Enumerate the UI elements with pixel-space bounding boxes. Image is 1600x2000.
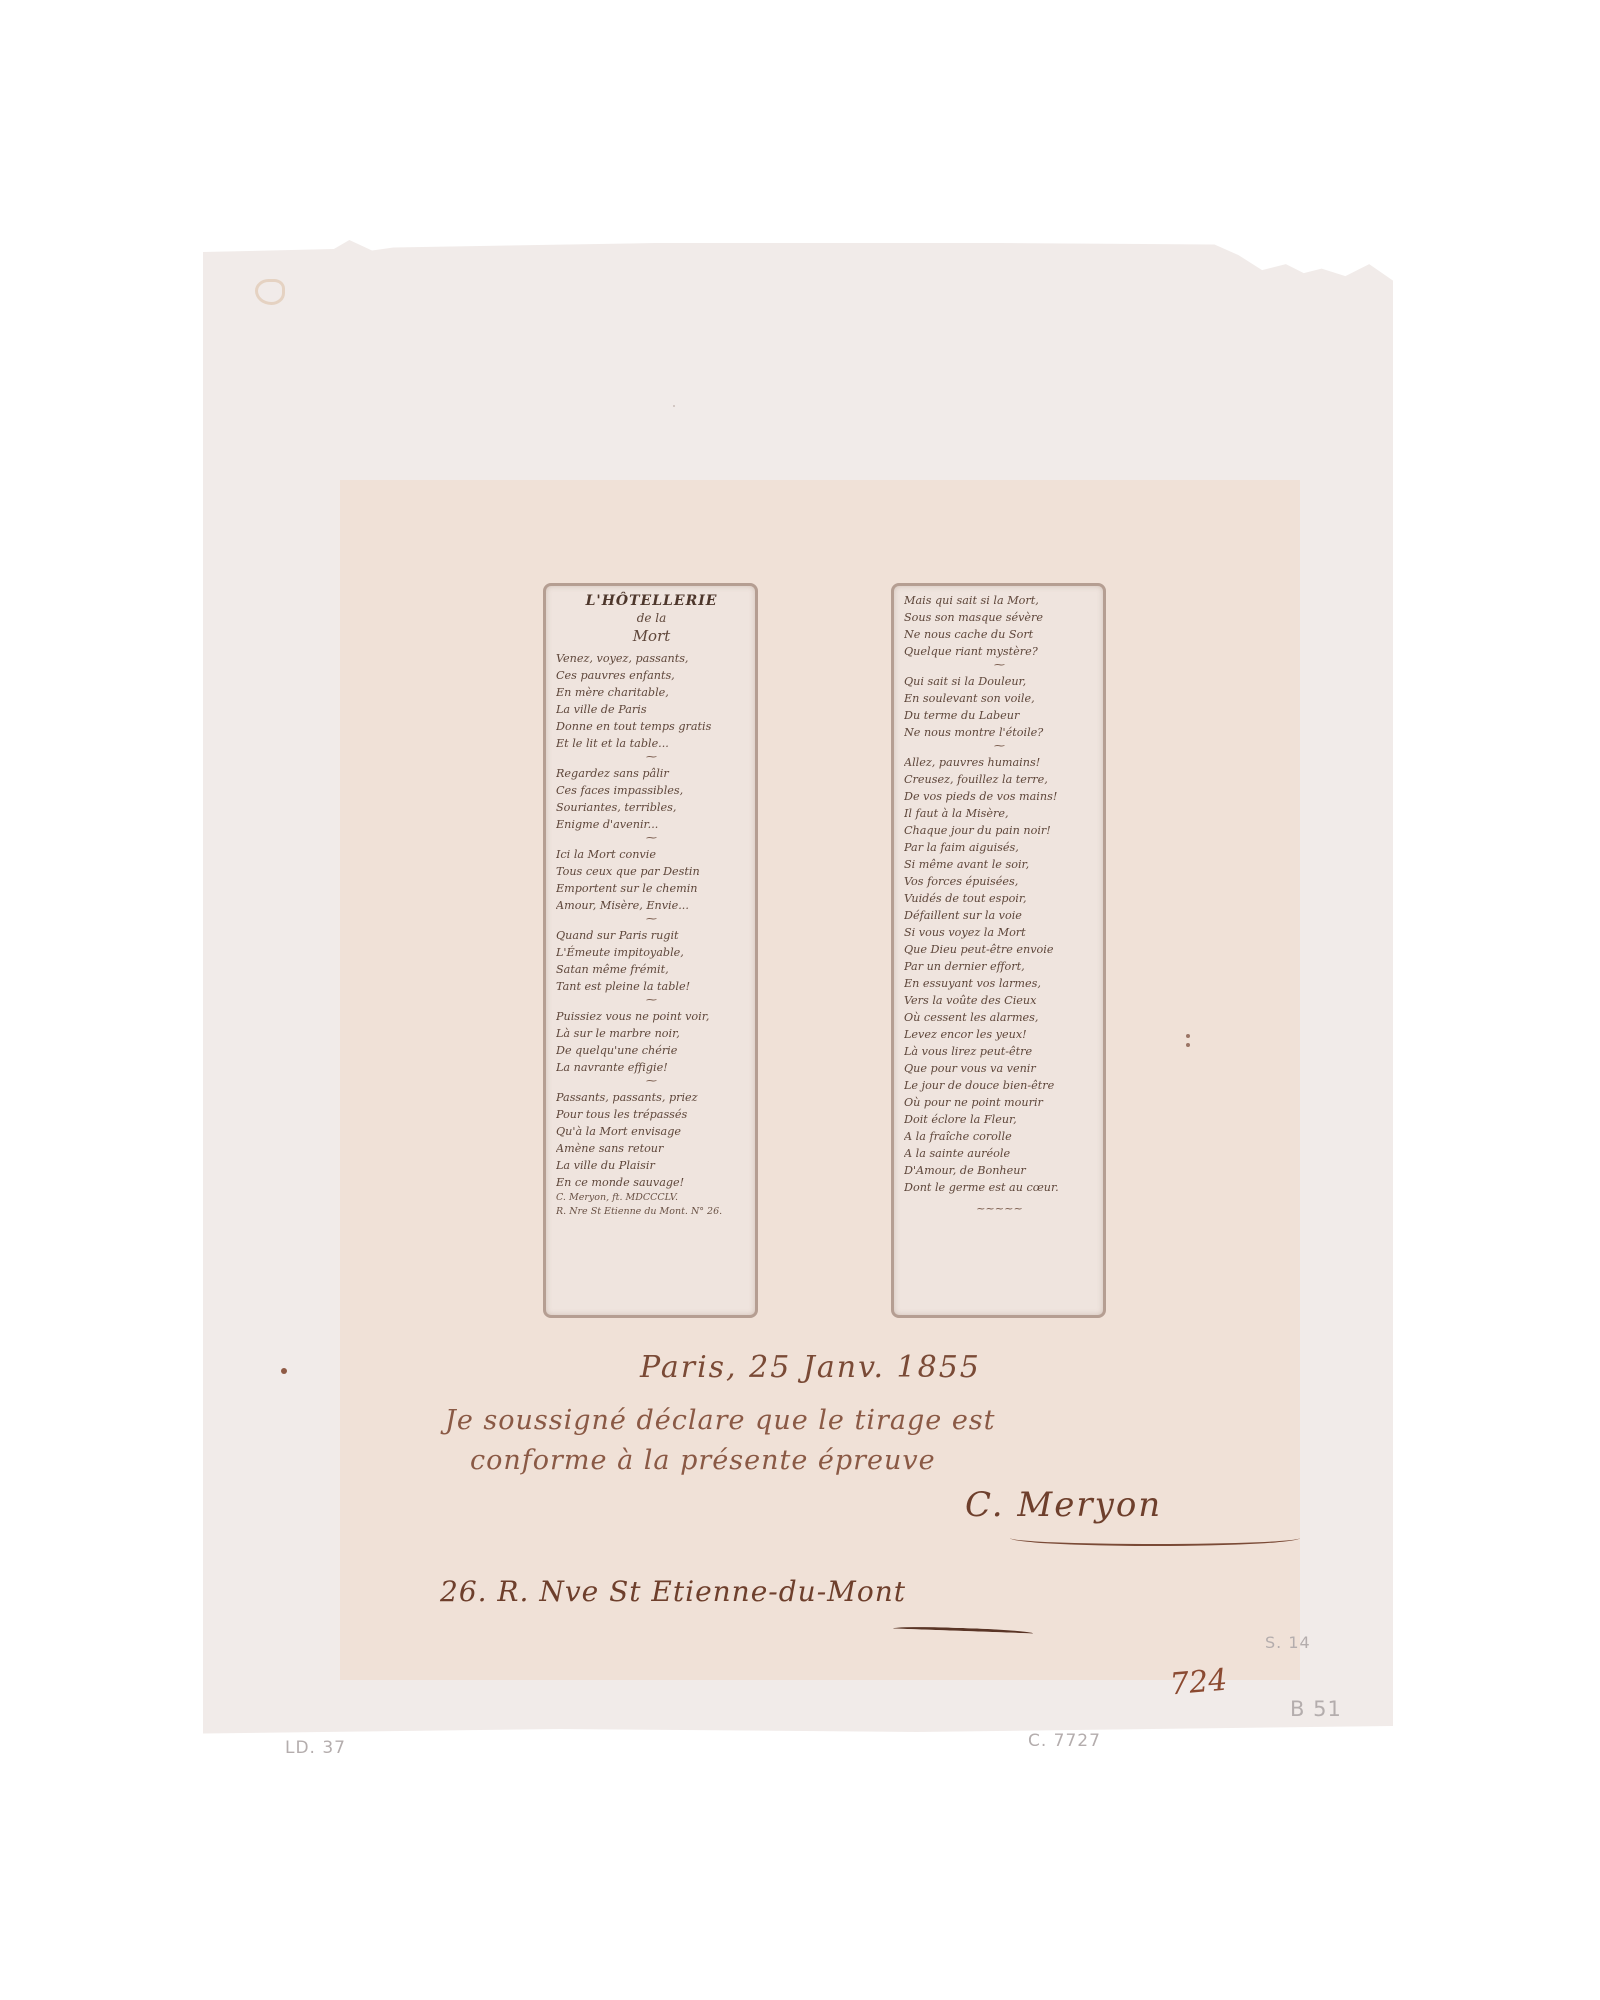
poem-line: A la sainte auréole <box>904 1145 1095 1162</box>
poem-line: La navrante effigie! <box>556 1059 747 1076</box>
poem-title: L'HÔTELLERIE <box>556 592 747 610</box>
stanza-divider: ⁓ <box>556 995 747 1008</box>
poem-line: Satan même frémit, <box>556 961 747 978</box>
poem-line: Quelque riant mystère? <box>904 643 1095 660</box>
poem-subtitle-2: Mort <box>556 626 747 646</box>
poem-line: Venez, voyez, passants, <box>556 650 747 667</box>
handwritten-certification-line-1: Je soussigné déclare que le tirage est <box>445 1405 996 1436</box>
ink-speck <box>281 1368 287 1374</box>
poem-line: Doit éclore la Fleur, <box>904 1111 1095 1128</box>
poem-line: Ces faces impassibles, <box>556 782 747 799</box>
poem-line: Dont le germe est au cœur. <box>904 1179 1095 1196</box>
stanza-divider: ⁓ <box>904 741 1095 754</box>
pencil-mark-b: B 51 <box>1290 1697 1342 1721</box>
poem-line: Là vous lirez peut-être <box>904 1043 1095 1060</box>
signature-flourish <box>1010 1530 1300 1546</box>
poem-line: Passants, passants, priez <box>556 1089 747 1106</box>
poem-line: La ville de Paris <box>556 701 747 718</box>
poem-line: Amène sans retour <box>556 1140 747 1157</box>
poem-line: Vers la voûte des Cieux <box>904 992 1095 1009</box>
poem-line: Vos forces épuisées, <box>904 873 1095 890</box>
poem-line: En ce monde sauvage! <box>556 1174 747 1191</box>
poem-line: Vuidés de tout espoir, <box>904 890 1095 907</box>
handwritten-address: 26. R. Nve St Etienne-du-Mont <box>440 1575 906 1608</box>
poem-left-lines: Venez, voyez, passants,Ces pauvres enfan… <box>556 650 747 1191</box>
poem-line: Par la faim aiguisés, <box>904 839 1095 856</box>
poem-line: Là sur le marbre noir, <box>556 1025 747 1042</box>
poem-line: Pour tous les trépassés <box>556 1106 747 1123</box>
etched-panel-left: L'HÔTELLERIE de la Mort Venez, voyez, pa… <box>543 583 758 1318</box>
poem-line: Le jour de douce bien-être <box>904 1077 1095 1094</box>
stanza-divider: ⁓ <box>556 1076 747 1089</box>
poem-right: Mais qui sait si la Mort,Sous son masque… <box>894 586 1103 1217</box>
poem-line: En soulevant son voile, <box>904 690 1095 707</box>
poem-line: Par un dernier effort, <box>904 958 1095 975</box>
poem-line: Souriantes, terribles, <box>556 799 747 816</box>
poem-line: Quand sur Paris rugit <box>556 927 747 944</box>
ink-speck <box>1186 1043 1190 1047</box>
poem-line: Que Dieu peut-être envoie <box>904 941 1095 958</box>
poem-line: Chaque jour du pain noir! <box>904 822 1095 839</box>
poem-line: Si même avant le soir, <box>904 856 1095 873</box>
poem-line: D'Amour, de Bonheur <box>904 1162 1095 1179</box>
poem-line: Et le lit et la table... <box>556 735 747 752</box>
poem-line: Où pour ne point mourir <box>904 1094 1095 1111</box>
signature: C. Meryon <box>965 1485 1162 1525</box>
poem-line: En essuyant vos larmes, <box>904 975 1095 992</box>
poem-line: Puissiez vous ne point voir, <box>556 1008 747 1025</box>
poem-line: Regardez sans pâlir <box>556 765 747 782</box>
poem-line: Sous son masque sévère <box>904 609 1095 626</box>
stanza-divider: ⁓ <box>904 660 1095 673</box>
stanza-divider: ⁓ <box>556 833 747 846</box>
poem-line: Qui sait si la Douleur, <box>904 673 1095 690</box>
poem-line: Ces pauvres enfants, <box>556 667 747 684</box>
imprint-line: R. Nre St Etienne du Mont. N° 26. <box>556 1205 747 1219</box>
poem-line: Ne nous montre l'étoile? <box>904 724 1095 741</box>
poem-left: L'HÔTELLERIE de la Mort Venez, voyez, pa… <box>546 586 755 1219</box>
poem-line: Qu'à la Mort envisage <box>556 1123 747 1140</box>
ink-speck <box>1186 1034 1190 1038</box>
pencil-mark-s: S. 14 <box>1265 1633 1311 1652</box>
inventory-number: 724 <box>1169 1663 1229 1703</box>
poem-line: La ville du Plaisir <box>556 1157 747 1174</box>
poem-right-lines: Mais qui sait si la Mort,Sous son masque… <box>904 592 1095 1196</box>
poem-line: Du terme du Labeur <box>904 707 1095 724</box>
poem-line: Tant est pleine la table! <box>556 978 747 995</box>
stanza-divider: ⁓ <box>556 752 747 765</box>
handwritten-date: Paris, 25 Janv. 1855 <box>640 1350 981 1385</box>
poem-line: Il faut à la Misère, <box>904 805 1095 822</box>
paper-speck <box>673 405 675 407</box>
poem-line: Défaillent sur la voie <box>904 907 1095 924</box>
poem-line: Que pour vous va venir <box>904 1060 1095 1077</box>
poem-line: Creusez, fouillez la terre, <box>904 771 1095 788</box>
pencil-mark-ld: LD. 37 <box>285 1738 346 1758</box>
poem-line: En mère charitable, <box>556 684 747 701</box>
poem-line: Tous ceux que par Destin <box>556 863 747 880</box>
poem-line: Levez encor les yeux! <box>904 1026 1095 1043</box>
poem-line: De quelqu'une chérie <box>556 1042 747 1059</box>
poem-line: Ne nous cache du Sort <box>904 626 1095 643</box>
poem-line: A la fraîche corolle <box>904 1128 1095 1145</box>
poem-line: Où cessent les alarmes, <box>904 1009 1095 1026</box>
stanza-divider: ⁓ <box>556 914 747 927</box>
poem-line: De vos pieds de vos mains! <box>904 788 1095 805</box>
poem-line: Enigme d'avenir... <box>556 816 747 833</box>
poem-line: Allez, pauvres humains! <box>904 754 1095 771</box>
etched-panel-right: Mais qui sait si la Mort,Sous son masque… <box>891 583 1106 1318</box>
poem-line: Mais qui sait si la Mort, <box>904 592 1095 609</box>
handwritten-certification-line-2: conforme à la présente épreuve <box>470 1445 936 1476</box>
imprint-line: C. Meryon, ft. MDCCCLV. <box>556 1191 747 1205</box>
poem-line: Ici la Mort convie <box>556 846 747 863</box>
poem-line: Emportent sur le chemin <box>556 880 747 897</box>
poem-line: Si vous voyez la Mort <box>904 924 1095 941</box>
poem-line: Donne en tout temps gratis <box>556 718 747 735</box>
pencil-mark-c: C. 7727 <box>1028 1731 1101 1751</box>
poem-line: L'Émeute impitoyable, <box>556 944 747 961</box>
end-flourish: ~~~~~ <box>904 1204 1095 1217</box>
paper-tear-stain <box>255 279 285 305</box>
poem-line: Amour, Misère, Envie... <box>556 897 747 914</box>
poem-subtitle: de la <box>556 610 747 626</box>
